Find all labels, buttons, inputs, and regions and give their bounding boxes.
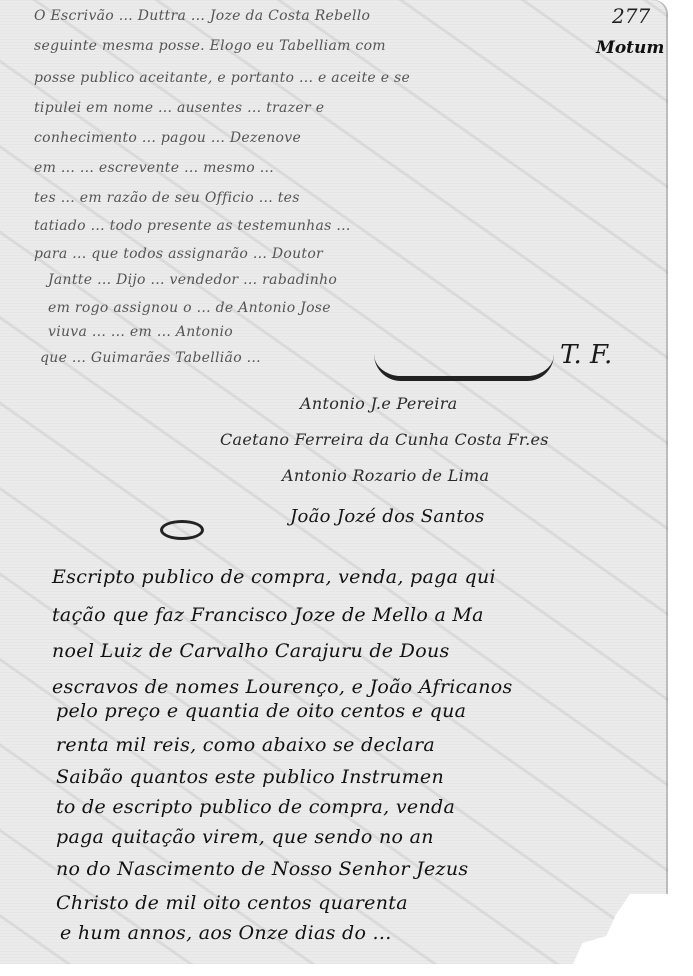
upper-line: que ... Guimarães Tabellião ... — [40, 350, 261, 366]
upper-line: posse publico aceitante, e portanto ... … — [34, 70, 410, 86]
upper-line: O Escrivão ... Duttra ... Joze da Costa … — [34, 8, 370, 24]
deed-line: e hum annos, aos Onze dias do ... — [60, 922, 392, 944]
signature: Antonio Rozario de Lima — [282, 466, 489, 485]
signature: Antonio J.e Pereira — [300, 394, 458, 413]
ink-loop-mark — [160, 520, 204, 540]
upper-line: seguinte mesma posse. Elogo eu Tabelliam… — [34, 38, 386, 54]
signature: João Jozé dos Santos — [290, 506, 485, 527]
margin-note: Motum — [596, 38, 664, 58]
deed-line: Escripto publico de compra, venda, paga … — [52, 566, 496, 588]
manuscript-page: 277 Motum O Escrivão ... Duttra ... Joze… — [0, 0, 668, 964]
upper-line: conhecimento ... pagou ... Dezenove — [34, 130, 301, 146]
deed-line: Saibão quantos este publico Instrumen — [56, 766, 444, 788]
deed-line: no do Nascimento de Nosso Senhor Jezus — [56, 858, 468, 880]
upper-line: tes ... em razão de seu Officio ... tes — [34, 190, 300, 206]
rubric-initials: T. F. — [560, 340, 612, 370]
deed-line: to de escripto publico de compra, venda — [56, 796, 455, 818]
upper-line: para ... que todos assignarão ... Doutor — [34, 246, 323, 262]
upper-line: Jantte ... Dijo ... vendedor ... rabadin… — [48, 272, 337, 288]
deed-line: escravos de nomes Lourenço, e João Afric… — [52, 676, 513, 698]
deed-line: renta mil reis, como abaixo se declara — [56, 734, 435, 756]
upper-line: em rogo assignou o ... de Antonio Jose — [48, 300, 331, 316]
upper-line: tipulei em nome ... ausentes ... trazer … — [34, 100, 324, 116]
upper-line: em ... ... escrevente ... mesmo ... — [34, 160, 274, 176]
page-number: 277 — [612, 4, 650, 28]
deed-line: pelo preço e quantia de oito centos e qu… — [56, 700, 466, 722]
upper-line: viuva ... ... em ... Antonio — [48, 324, 233, 340]
upper-line: tatiado ... todo presente as testemunhas… — [34, 218, 351, 234]
deed-line: paga quitação virem, que sendo no an — [56, 826, 434, 848]
signature: Caetano Ferreira da Cunha Costa Fr.es — [220, 430, 549, 449]
rubric-flourish — [374, 354, 554, 381]
deed-line: tação que faz Francisco Joze de Mello a … — [52, 604, 484, 626]
deed-line: Christo de mil oito centos quarenta — [56, 892, 408, 914]
deed-line: noel Luiz de Carvalho Carajuru de Dous — [52, 640, 450, 662]
